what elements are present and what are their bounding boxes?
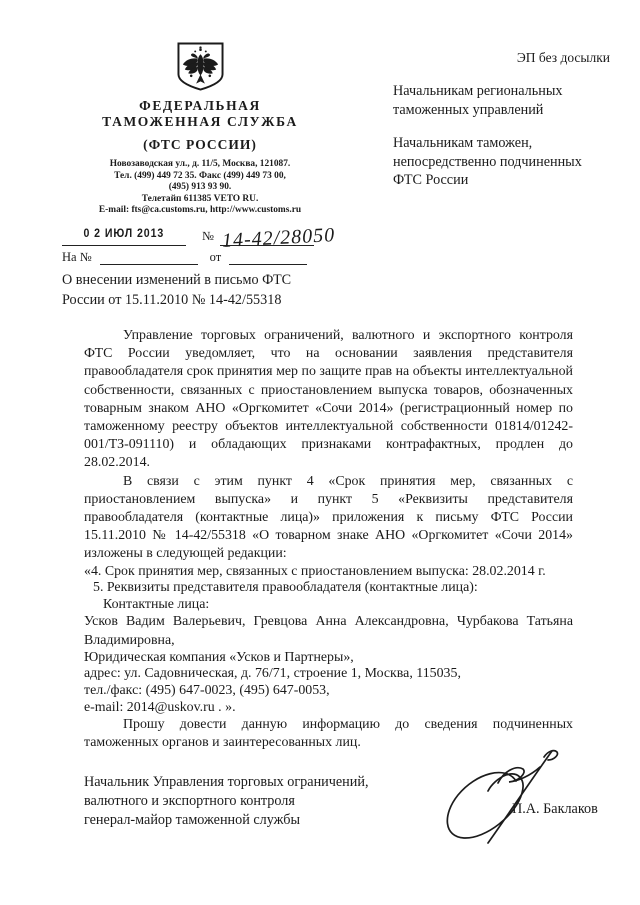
- date-stamp-field: 0 2 ИЮЛ 2013: [62, 224, 186, 246]
- org-name-line1: ФЕДЕРАЛЬНАЯ: [58, 98, 342, 114]
- quoted-item-5: 5. Реквизиты представителя правообладате…: [84, 580, 573, 597]
- company-phone-fax: тел./факс: (495) 647-0023, (495) 647-005…: [84, 683, 573, 700]
- contact-names: Усков Вадим Валерьевич, Гревцова Анна Ал…: [84, 613, 573, 649]
- org-name-line2: ТАМОЖЕННАЯ СЛУЖБА: [58, 114, 342, 130]
- ref-label: На №: [62, 250, 92, 265]
- company-address: адрес: ул. Садовническая, д. 76/71, стро…: [84, 666, 573, 683]
- addressee-line: ФТС России: [393, 171, 633, 190]
- body-paragraph-2: В связи с этим пункт 4 «Срок принятия ме…: [84, 473, 573, 564]
- body-paragraph-1: Управление торговых ограничений, валютно…: [84, 327, 573, 473]
- blank-line: [229, 251, 307, 265]
- reply-reference-row: На № от: [62, 250, 314, 265]
- address-line: E-mail: fts@ca.customs.ru, http://www.cu…: [58, 205, 342, 217]
- quoted-item-4: «4. Срок принятия мер, связанных с приос…: [84, 564, 573, 581]
- signer-titles: Начальник Управления торговых ограничени…: [84, 773, 414, 830]
- addressee-block-customs: Начальникам таможен, непосредственно под…: [393, 134, 633, 190]
- outgoing-number-field: 14-42/28050: [220, 221, 314, 246]
- org-address-block: Новозаводская ул., д. 11/5, Москва, 1210…: [58, 159, 342, 217]
- letter-body: Управление торговых ограничений, валютно…: [84, 327, 573, 830]
- addressee-line: непосредственно подчиненных: [393, 153, 633, 172]
- letterhead: ФЕДЕРАЛЬНАЯ ТАМОЖЕННАЯ СЛУЖБА (ФТС РОССИ…: [58, 40, 342, 217]
- signature-block: Начальник Управления торговых ограничени…: [84, 773, 573, 830]
- subject-line2: России от 15.11.2010 № 14-42/55318: [62, 291, 392, 311]
- company-name: Юридическая компания «Усков и Партнеры»,: [84, 650, 573, 667]
- addressee-line: таможенных управлений: [393, 101, 623, 120]
- ref-from-label: от: [210, 250, 222, 265]
- letter-subject: О внесении изменений в письмо ФТС России…: [62, 271, 392, 310]
- addressee-block-regional: Начальникам региональных таможенных упра…: [393, 82, 623, 119]
- russia-customs-coat-of-arms-icon: [177, 40, 224, 93]
- addressee-line: Начальникам региональных: [393, 82, 623, 101]
- address-line: Телетайп 611385 VETO RU.: [58, 194, 342, 206]
- date-stamp: 0 2 ИЮЛ 2013: [84, 228, 165, 240]
- outgoing-number-handwritten: 14-42/28050: [221, 224, 335, 253]
- number-label: №: [202, 229, 214, 244]
- address-line: (495) 913 93 90.: [58, 182, 342, 194]
- classification-note: ЭП без досылки: [390, 50, 610, 66]
- address-line: Тел. (499) 449 72 35. Факс (499) 449 73 …: [58, 171, 342, 183]
- signer-name: П.А. Баклаков: [512, 801, 598, 818]
- org-abbreviation: (ФТС РОССИИ): [58, 137, 342, 153]
- date-number-row: 0 2 ИЮЛ 2013 № 14-42/28050: [62, 221, 314, 246]
- company-email: e-mail: 2014@uskov.ru . ».: [84, 700, 573, 717]
- contacts-label: Контактные лица:: [84, 597, 573, 614]
- signer-title-line: валютного и экспортного контроля: [84, 792, 414, 811]
- document-page: ФЕДЕРАЛЬНАЯ ТАМОЖЕННАЯ СЛУЖБА (ФТС РОССИ…: [0, 0, 640, 905]
- blank-line: [100, 251, 198, 265]
- addressee-line: Начальникам таможен,: [393, 134, 633, 153]
- signer-title-line: генерал-майор таможенной службы: [84, 811, 414, 830]
- address-line: Новозаводская ул., д. 11/5, Москва, 1210…: [58, 159, 342, 171]
- signer-title-line: Начальник Управления торговых ограничени…: [84, 773, 414, 792]
- signature-icon: [436, 741, 571, 853]
- subject-line1: О внесении изменений в письмо ФТС: [62, 271, 392, 291]
